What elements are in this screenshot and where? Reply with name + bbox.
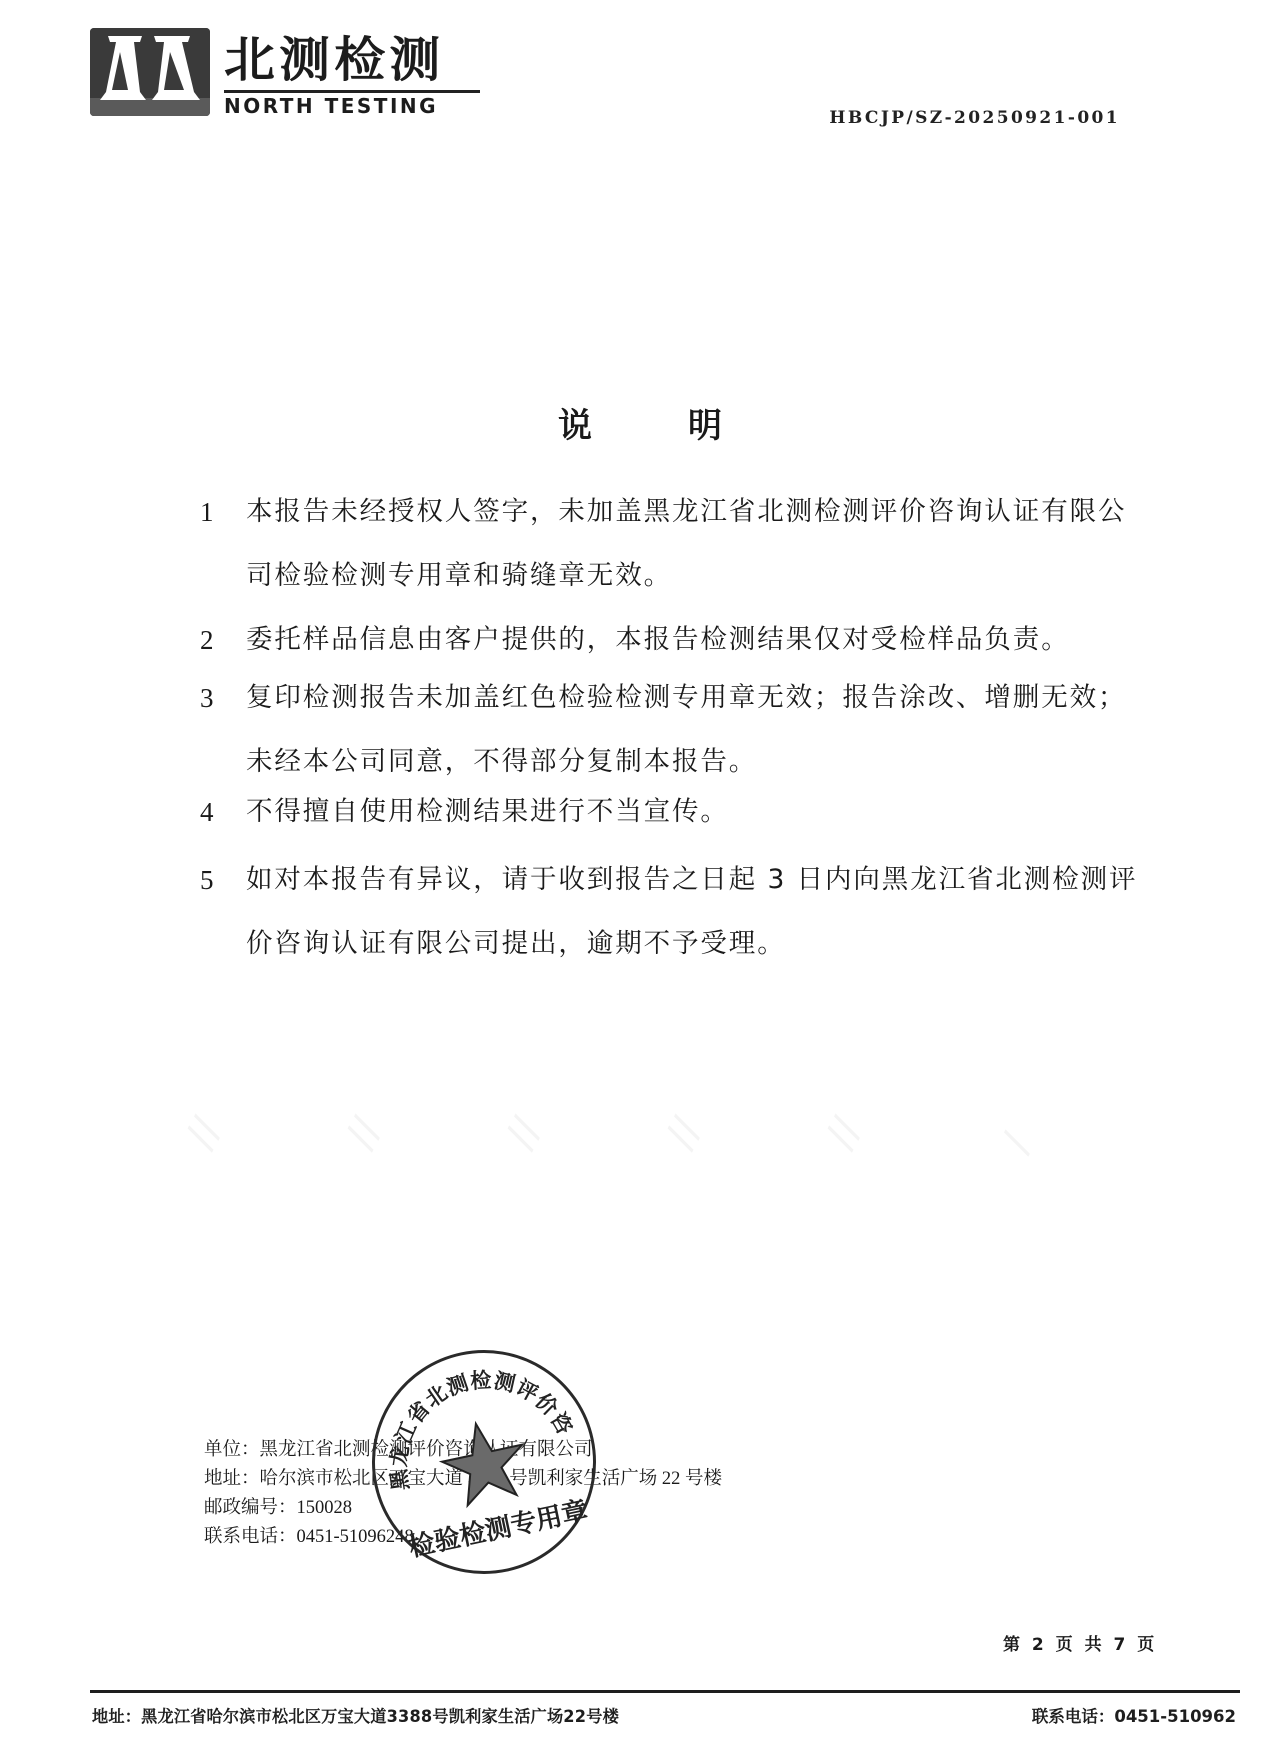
watermark-mark: // xyxy=(817,1110,870,1155)
seal-center-text: 检验检测专用章 xyxy=(406,1495,590,1563)
watermark-mark: // xyxy=(497,1110,550,1155)
watermark-mark: // xyxy=(177,1110,230,1155)
logo-text: 北测检测 NORTH TESTING xyxy=(224,28,480,117)
notes-list: 1 本报告未经授权人签字，未加盖黑龙江省北测检测评价咨询认证有限公司检验检测专用… xyxy=(200,497,1160,993)
watermark-mark: / xyxy=(993,1126,1040,1160)
note-number: 5 xyxy=(200,865,246,993)
title-char-1: 说 xyxy=(558,398,592,447)
note-number: 2 xyxy=(200,625,246,683)
footer-address: 地址：黑龙江省哈尔滨市松北区万宝大道3388号凯利家生活广场22号楼 xyxy=(92,1703,619,1727)
note-text: 本报告未经授权人签字，未加盖黑龙江省北测检测评价咨询认证有限公司检验检测专用章和… xyxy=(246,480,1146,625)
logo-name-en: NORTH TESTING xyxy=(224,95,480,117)
page-indicator: 第 2 页 共 7 页 xyxy=(1003,1630,1155,1655)
note-text: 如对本报告有异议，请于收到报告之日起 3 日内向黑龙江省北测检测评价咨询认证有限… xyxy=(246,848,1146,993)
title-char-2: 明 xyxy=(688,398,722,447)
logo-name-cn: 北测检测 xyxy=(224,34,495,86)
note-number: 3 xyxy=(200,683,246,797)
company-logo: 北测检测 NORTH TESTING xyxy=(90,28,480,117)
footer-divider xyxy=(90,1690,1240,1693)
watermark-mark: // xyxy=(657,1110,710,1155)
north-testing-logo-mark-icon xyxy=(90,28,210,116)
official-seal-icon: 黑龙江省北测检测评价咨询认证有限公司 检验检测专用章 xyxy=(351,1329,617,1595)
note-text: 复印检测报告未加盖红色检验检测专用章无效；报告涂改、增删无效；未经本公司同意，不… xyxy=(246,666,1146,797)
list-item: 1 本报告未经授权人签字，未加盖黑龙江省北测检测评价咨询认证有限公司检验检测专用… xyxy=(200,497,1160,625)
note-number: 1 xyxy=(200,497,246,625)
page-title: 说明 xyxy=(0,398,1280,447)
logo-divider xyxy=(224,90,480,93)
list-item: 5 如对本报告有异议，请于收到报告之日起 3 日内向黑龙江省北测检测评价咨询认证… xyxy=(200,865,1160,993)
watermark-mark: // xyxy=(337,1110,390,1155)
footer-phone: 联系电话：0451-510962 xyxy=(1032,1703,1236,1727)
report-number: HBCJP/SZ-20250921-001 xyxy=(829,108,1120,128)
note-number: 4 xyxy=(200,797,246,865)
